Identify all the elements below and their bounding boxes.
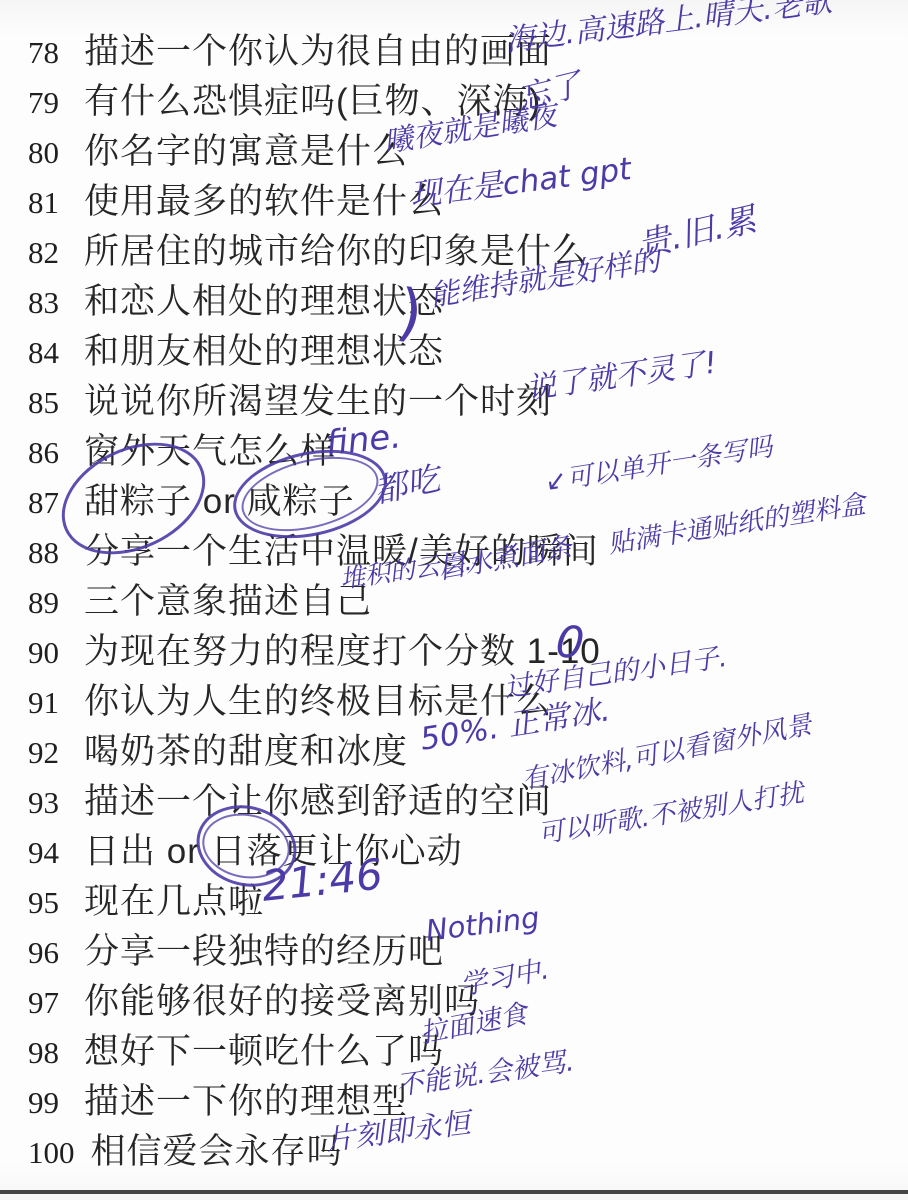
question-number: 88 (28, 535, 68, 571)
question-text: 分享一段独特的经历吧 (84, 924, 444, 974)
question-row-80: 80你名字的寓意是什么 (28, 124, 408, 174)
question-row-98: 98想好下一顿吃什么了吗 (28, 1024, 444, 1074)
question-text: 描述一个让你感到舒适的空间 (84, 774, 552, 824)
question-text: 和恋人相处的理想状态 (84, 274, 444, 324)
question-number: 99 (28, 1085, 68, 1121)
handwritten-answer-96: Nothing (424, 900, 541, 948)
question-row-81: 81使用最多的软件是什么 (28, 174, 444, 224)
question-number: 81 (28, 185, 68, 221)
handwritten-answer-78: 海边.高速路上.晴天.老歌 (502, 0, 834, 60)
question-number: 98 (28, 1035, 68, 1071)
question-number: 92 (28, 735, 68, 771)
question-number: 90 (28, 635, 68, 671)
question-text: 喝奶茶的甜度和冰度 (84, 724, 408, 774)
question-row-96: 96分享一段独特的经历吧 (28, 924, 444, 974)
question-row-97: 97你能够很好的接受离别吗 (28, 974, 480, 1024)
question-number: 95 (28, 885, 68, 921)
bottom-divider (0, 1190, 908, 1194)
question-number: 100 (28, 1135, 75, 1171)
question-text: 说说你所渴望发生的一个时刻 (84, 374, 552, 424)
question-row-84: 84和朋友相处的理想状态 (28, 324, 444, 374)
question-row-78: 78描述一个你认为很自由的画面 (28, 24, 552, 74)
question-text: 使用最多的软件是什么 (84, 174, 444, 224)
handwritten-note-87: ↙可以单开一条写吗 (542, 426, 775, 498)
handwritten-answer-81: 现在是chat gpt (407, 143, 633, 215)
question-text: 你名字的寓意是什么 (84, 124, 408, 174)
question-text: 相信爱会永存吗 (91, 1124, 343, 1174)
question-number: 82 (28, 235, 68, 271)
handwritten-answer-85: 说了就不灵了! (523, 337, 719, 407)
question-text: 三个意象描述自己 (84, 574, 372, 624)
question-number: 83 (28, 285, 68, 321)
question-number: 94 (28, 835, 68, 871)
question-number: 80 (28, 135, 68, 171)
question-number: 79 (28, 85, 68, 121)
question-number: 85 (28, 385, 68, 421)
question-text: 和朋友相处的理想状态 (84, 324, 444, 374)
question-number: 86 (28, 435, 68, 471)
question-row-89: 89三个意象描述自己 (28, 574, 372, 624)
question-row-83: 83和恋人相处的理想状态 (28, 274, 444, 324)
question-row-85: 85说说你所渴望发生的一个时刻 (28, 374, 552, 424)
question-number: 89 (28, 585, 68, 621)
question-number: 97 (28, 985, 68, 1021)
question-number: 91 (28, 685, 68, 721)
question-number: 78 (28, 35, 68, 71)
question-row-93: 93描述一个让你感到舒适的空间 (28, 774, 552, 824)
handwritten-answer-89-item3: 贴满卡通贴纸的塑料盒 (605, 484, 868, 561)
question-row-92: 92喝奶茶的甜度和冰度 (28, 724, 408, 774)
question-text: 想好下一顿吃什么了吗 (84, 1024, 444, 1074)
question-number: 93 (28, 785, 68, 821)
question-row-100: 100相信爱会永存吗 (28, 1124, 343, 1174)
scanned-question-list-page: 78描述一个你认为很自由的画面 79有什么恐惧症吗(巨物、深海) 80你名字的寓… (0, 0, 908, 1200)
question-text: 描述一个你认为很自由的画面 (84, 24, 552, 74)
question-number: 96 (28, 935, 68, 971)
question-number: 84 (28, 335, 68, 371)
